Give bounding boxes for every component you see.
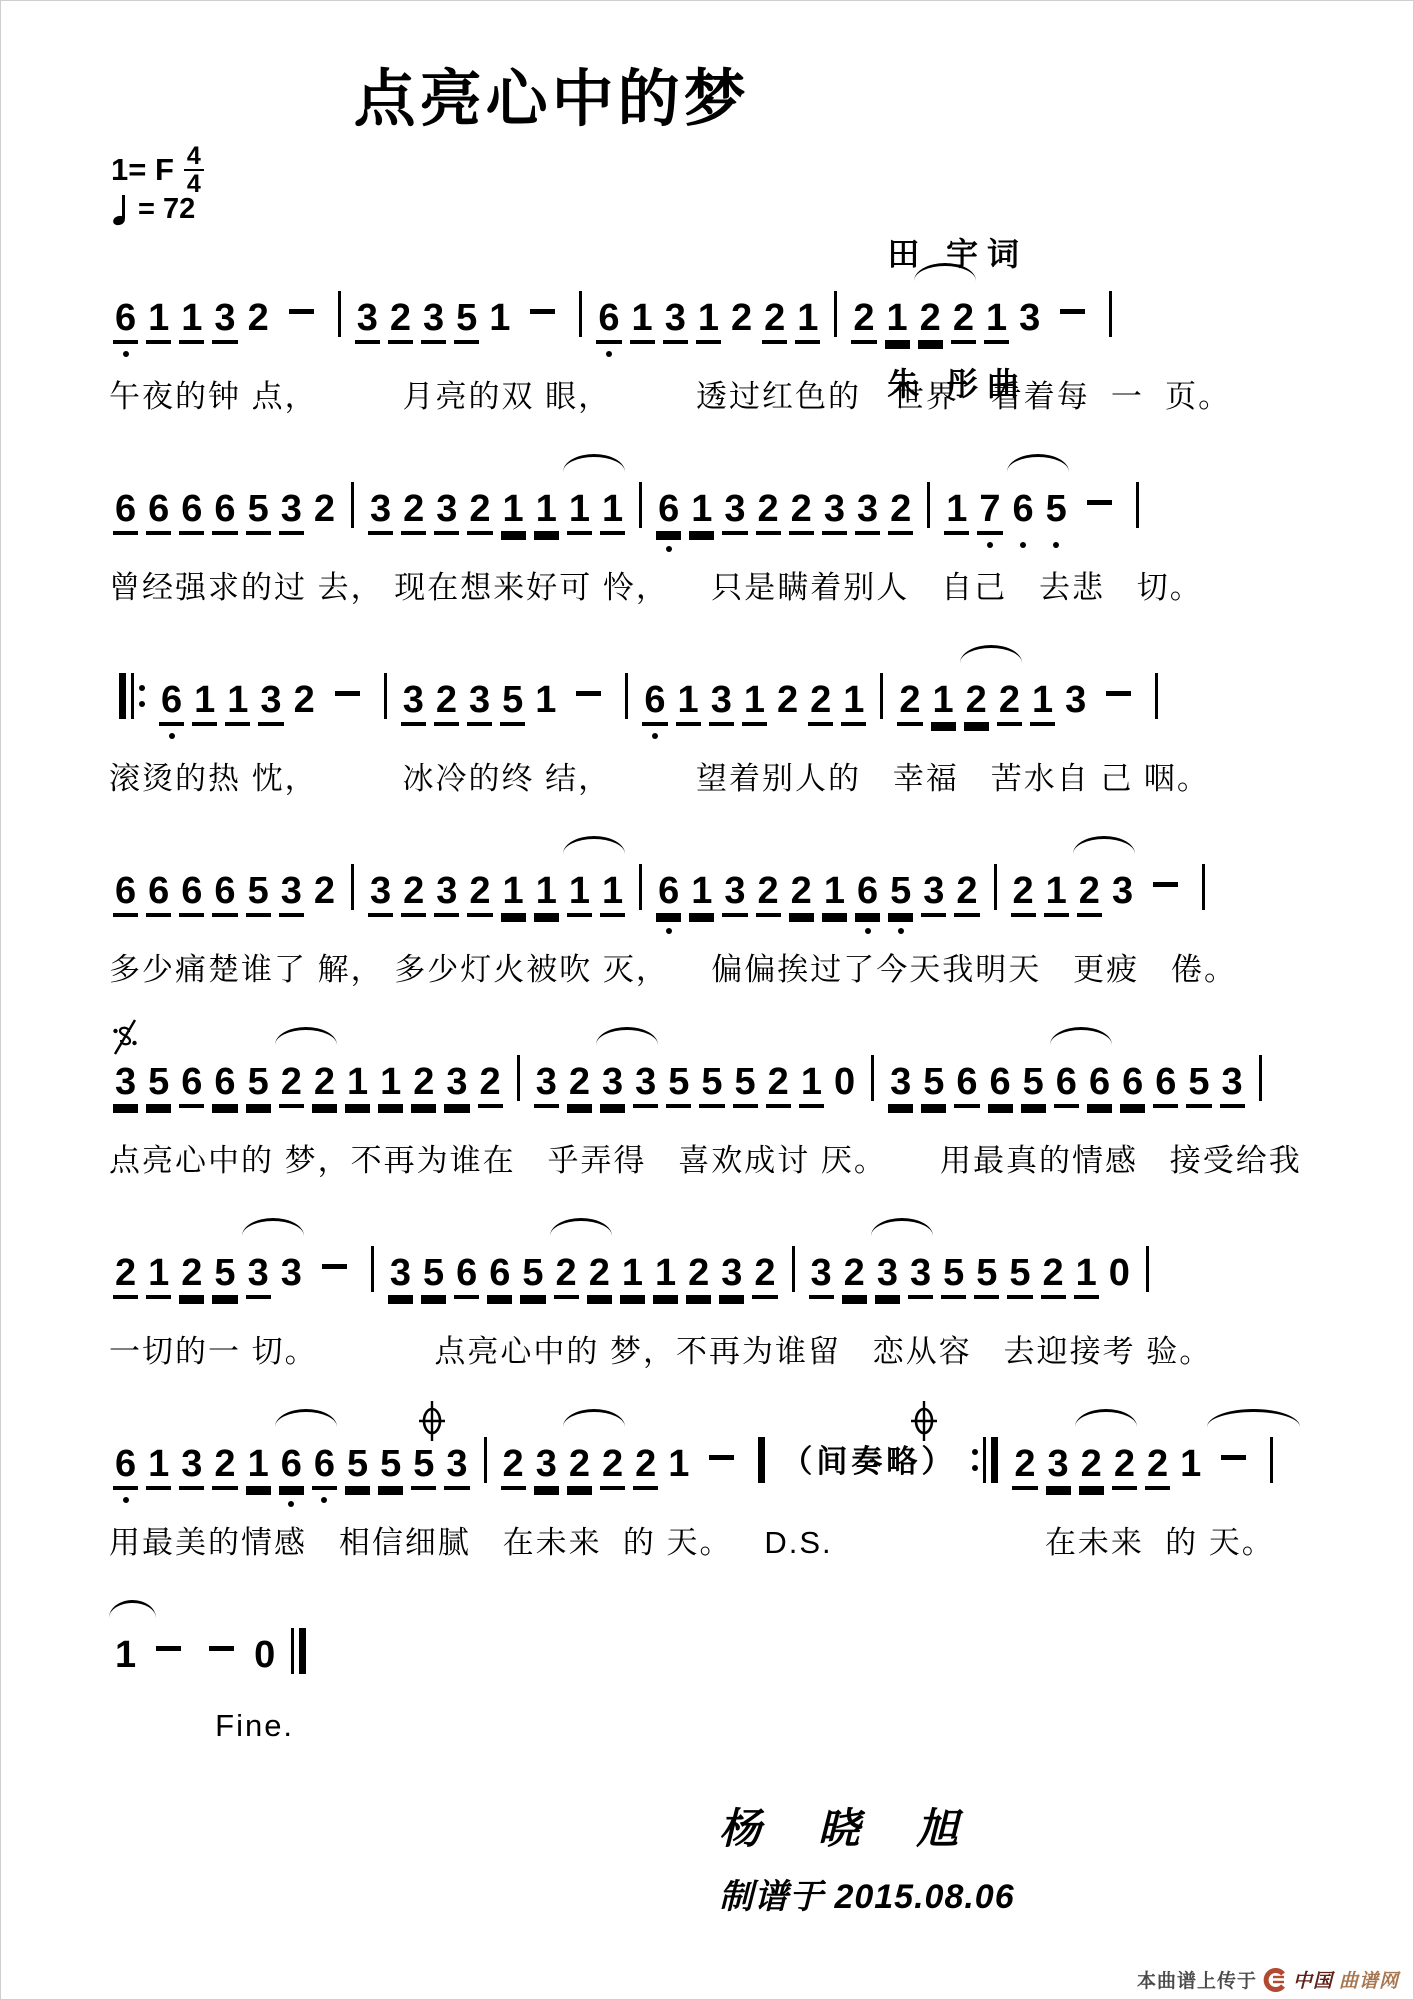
barline-thick — [758, 1437, 765, 1483]
barline-thick — [299, 1628, 306, 1674]
time-numerator: 4 — [184, 143, 204, 171]
note: 3 — [368, 872, 393, 913]
barline — [625, 673, 628, 719]
watermark-site-light: 曲谱网 — [1339, 1966, 1399, 1993]
note: 3 — [1110, 872, 1135, 913]
note: 5 — [1186, 1063, 1211, 1104]
barline-thin — [1202, 864, 1205, 910]
note: 5 — [666, 1063, 691, 1104]
note: 5 — [921, 1063, 946, 1104]
note: 1 — [501, 872, 526, 913]
repeat-dot — [972, 1449, 978, 1455]
note: 1 — [600, 490, 625, 531]
note: 1 — [378, 1063, 403, 1104]
note: 6 — [146, 490, 171, 531]
lyrics-line: 点亮心中的 梦，不再为谁在 乎弄得 喜欢成讨 厌。 用最真的情感 接受给我 — [109, 1135, 1209, 1180]
note: 3 — [875, 1254, 900, 1295]
tie-arc — [563, 836, 625, 854]
barline — [972, 1437, 998, 1483]
note: 2 — [729, 299, 754, 340]
duration-dash — [1060, 309, 1085, 314]
duration-dash — [209, 1646, 234, 1651]
note: 6 — [179, 1063, 204, 1104]
note: 2 — [1011, 872, 1036, 913]
barline-thin — [131, 673, 134, 719]
barline-thin — [517, 1055, 520, 1101]
barline — [338, 291, 341, 337]
note: 1 — [534, 872, 559, 913]
tie-arc — [550, 1218, 612, 1236]
note: 1 — [944, 490, 969, 531]
barline — [927, 482, 930, 528]
note: 1 — [689, 490, 714, 531]
notation-line: 61132323516131221212213 — [109, 633, 1209, 737]
note: 5 — [520, 1254, 545, 1295]
note: 2 — [600, 1445, 625, 1486]
note: 3 — [355, 299, 380, 340]
watermark-site-dark: 中国 — [1293, 1966, 1333, 1993]
lyrics-line: 滚烫的热 忱， 冰冷的终 结， 望着别人的 幸福 苦水自 己 咽。 — [109, 753, 1209, 798]
barline — [484, 1437, 487, 1483]
notation-system: 10 Fine. — [109, 1588, 1209, 1779]
duration-dash — [322, 1264, 347, 1269]
lyrics-line: 用最美的情感 相信细腻 在未来 的 天。 D.S. 在未来 的 天。 — [109, 1517, 1209, 1562]
note: 1 — [841, 681, 866, 722]
repeat-dots — [139, 685, 145, 707]
note: 2 — [1112, 1445, 1137, 1486]
note: 1 — [630, 299, 655, 340]
note: 1 — [1044, 872, 1069, 913]
barline — [871, 1055, 874, 1101]
barline-thick — [119, 673, 126, 719]
note: 1 — [1178, 1445, 1203, 1486]
note: 0 — [252, 1636, 277, 1677]
note: 2 — [478, 1063, 503, 1104]
note: 1 — [113, 1636, 138, 1677]
note: 2 — [292, 681, 317, 722]
notation-system: 356652211232323355521035665666653点亮心中的 梦… — [109, 1015, 1209, 1206]
note: 2 — [1145, 1445, 1170, 1486]
note: 1 — [822, 872, 847, 913]
note: 6 — [855, 872, 880, 913]
note: 5 — [500, 681, 525, 722]
note: 3 — [279, 490, 304, 531]
note: 3 — [1046, 1445, 1071, 1486]
note: 6 — [642, 681, 667, 722]
repeat-dot — [139, 701, 145, 707]
tie-arc — [871, 1218, 933, 1236]
note: 3 — [908, 1254, 933, 1295]
note: 1 — [1030, 681, 1055, 722]
note: 1 — [689, 872, 714, 913]
note: 2 — [766, 1063, 791, 1104]
barline — [639, 482, 642, 528]
note: 2 — [501, 1445, 526, 1486]
notation-system: 66665323232111161322165322123多少痛楚谁了 解， 多… — [109, 824, 1209, 1015]
lyrics-line: 一切的一 切。 点亮心中的 梦，不再为谁留 恋从容 去迎接考 验。 — [109, 1326, 1209, 1371]
note: 3 — [421, 299, 446, 340]
note: 2 — [467, 872, 492, 913]
lyrics-line: Fine. — [109, 1708, 1209, 1744]
note: 2 — [279, 1063, 304, 1104]
note: 6 — [113, 1445, 138, 1486]
barline — [1155, 673, 1158, 719]
lyrics-line: 午夜的钟 点， 月亮的双 眼， 透过红色的 世界 看着每 一 页。 — [109, 371, 1209, 416]
barline — [1109, 291, 1112, 337]
duration-dash — [156, 1646, 181, 1651]
note: 5 — [411, 1445, 436, 1486]
barline-thin — [927, 482, 930, 528]
note: 6 — [988, 1063, 1013, 1104]
note: 6 — [656, 490, 681, 531]
note: 6 — [954, 1063, 979, 1104]
barline-thin — [1155, 673, 1158, 719]
note: 5 — [1007, 1254, 1032, 1295]
note: 1 — [742, 681, 767, 722]
note: 5 — [421, 1254, 446, 1295]
note: 3 — [663, 299, 688, 340]
barline — [639, 864, 642, 910]
note: 1 — [666, 1445, 691, 1486]
note: 5 — [146, 1063, 171, 1104]
barline-thick — [991, 1437, 998, 1483]
note: 5 — [454, 299, 479, 340]
note: 2 — [567, 1063, 592, 1104]
note: 2 — [587, 1254, 612, 1295]
tie-arc — [1073, 836, 1135, 854]
note: 2 — [762, 299, 787, 340]
note: 3 — [534, 1063, 559, 1104]
time-signature: 4 4 — [184, 143, 204, 198]
note: 2 — [888, 490, 913, 531]
note: 5 — [246, 490, 271, 531]
note: 3 — [467, 681, 492, 722]
tie-arc — [563, 454, 625, 472]
tie-arc — [1207, 1409, 1300, 1427]
note: 2 — [434, 681, 459, 722]
tempo-marking: = 72 — [113, 193, 195, 226]
barline-thin — [351, 864, 354, 910]
tie-arc — [275, 1027, 337, 1045]
note: 3 — [279, 872, 304, 913]
note: 1 — [345, 1063, 370, 1104]
note: 2 — [401, 490, 426, 531]
duration-dash — [1087, 500, 1112, 505]
barline — [579, 291, 582, 337]
key-label: 1= F — [111, 152, 174, 188]
note: 6 — [146, 872, 171, 913]
note: 2 — [554, 1254, 579, 1295]
note: 3 — [921, 872, 946, 913]
note: 3 — [279, 1254, 304, 1295]
key-signature: 1= F 4 4 — [111, 143, 204, 198]
note: 1 — [653, 1254, 678, 1295]
note: 2 — [113, 1254, 138, 1295]
tie-arc — [1007, 454, 1069, 472]
note: 3 — [212, 299, 237, 340]
barline-thin — [1146, 1246, 1149, 1292]
notation-line: 356652211232323355521035665666653 — [109, 1015, 1209, 1119]
notation-line: 666653232321111613223321765 — [109, 442, 1209, 546]
note: 2 — [411, 1063, 436, 1104]
note: 6 — [212, 872, 237, 913]
note: 5 — [378, 1445, 403, 1486]
note: 3 — [388, 1254, 413, 1295]
note: 1 — [795, 299, 820, 340]
note: 2 — [312, 872, 337, 913]
notation-line: 61132323516131221212213 — [109, 251, 1209, 355]
arranger-name: 杨 晓 旭 — [719, 1796, 960, 1856]
note: 2 — [179, 1254, 204, 1295]
tie-arc — [242, 1218, 304, 1236]
note: 3 — [822, 490, 847, 531]
barline-thin — [484, 1437, 487, 1483]
note: 5 — [888, 872, 913, 913]
note: 2 — [756, 872, 781, 913]
note: 6 — [656, 872, 681, 913]
note: 2 — [1041, 1254, 1066, 1295]
duration-dash — [1221, 1455, 1246, 1460]
note: 3 — [258, 681, 283, 722]
note: 6 — [179, 872, 204, 913]
note: 6 — [212, 1063, 237, 1104]
note: 6 — [113, 299, 138, 340]
note: 3 — [855, 490, 880, 531]
note: 2 — [1079, 1445, 1104, 1486]
duration-dash — [709, 1455, 734, 1460]
barline-thin — [639, 482, 642, 528]
note: 5 — [1044, 490, 1069, 531]
repeat-dot — [139, 685, 145, 691]
barline-thin — [639, 864, 642, 910]
note: 6 — [279, 1445, 304, 1486]
note: 1 — [192, 681, 217, 722]
note: 1 — [146, 1445, 171, 1486]
note: 6 — [179, 490, 204, 531]
notation-line: 61321665553232221（间奏略）232221 — [109, 1397, 1209, 1501]
note: 3 — [888, 1063, 913, 1104]
barline — [1202, 864, 1205, 910]
barline-thin — [625, 673, 628, 719]
tie-arc — [1075, 1409, 1137, 1427]
note: 1 — [676, 681, 701, 722]
note: 3 — [1063, 681, 1088, 722]
note: 3 — [368, 490, 393, 531]
note: 3 — [709, 681, 734, 722]
note: 5 — [733, 1063, 758, 1104]
note: 2 — [789, 872, 814, 913]
barline — [880, 673, 883, 719]
note: 6 — [159, 681, 184, 722]
note: 3 — [444, 1063, 469, 1104]
note: 1 — [246, 1445, 271, 1486]
notation-line: 66665323232111161322165322123 — [109, 824, 1209, 928]
barline — [351, 864, 354, 910]
note: 1 — [534, 490, 559, 531]
note: 2 — [633, 1445, 658, 1486]
note: 3 — [809, 1254, 834, 1295]
note: 3 — [434, 872, 459, 913]
barline — [1146, 1246, 1149, 1292]
note: 6 — [1153, 1063, 1178, 1104]
note: 3 — [434, 490, 459, 531]
note: 3 — [719, 1254, 744, 1295]
watermark: 本曲谱上传于 中国曲谱网 — [1137, 1966, 1399, 1993]
note: 6 — [596, 299, 621, 340]
notation-systems: 61132323516131221212213午夜的钟 点， 月亮的双 眼， 透… — [109, 251, 1209, 1779]
duration-dash — [576, 691, 601, 696]
barline — [517, 1055, 520, 1101]
duration-dash — [335, 691, 360, 696]
barline-thin — [351, 482, 354, 528]
note: 1 — [1074, 1254, 1099, 1295]
notation-system: 666653232321111613223321765曾经强求的过 去， 现在想… — [109, 442, 1209, 633]
duration-dash — [530, 309, 555, 314]
barline-thin — [579, 291, 582, 337]
note: 2 — [467, 490, 492, 531]
barline-thin — [792, 1246, 795, 1292]
watermark-text: 本曲谱上传于 — [1137, 1966, 1257, 1993]
note: 3 — [534, 1445, 559, 1486]
note: 1 — [931, 681, 956, 722]
note: 1 — [179, 299, 204, 340]
note: 6 — [1011, 490, 1036, 531]
barline — [351, 482, 354, 528]
note: 5 — [699, 1063, 724, 1104]
note: 5 — [246, 872, 271, 913]
barline — [384, 673, 387, 719]
barline-thin — [1136, 482, 1139, 528]
repeat-dots — [972, 1449, 978, 1471]
note: 2 — [1012, 1445, 1037, 1486]
barline-thin — [871, 1055, 874, 1101]
inline-text: （间奏略） — [781, 1439, 956, 1485]
note: 6 — [212, 490, 237, 531]
note: 2 — [897, 681, 922, 722]
note: 7 — [977, 490, 1002, 531]
note: 1 — [799, 1063, 824, 1104]
note: 6 — [454, 1254, 479, 1295]
segno-icon — [111, 1017, 139, 1062]
sheet-music-page: 点亮心中的梦 1= F 4 4 = 72 田 宇 词 朱 彤 曲 6113232… — [0, 0, 1414, 2000]
note: 6 — [487, 1254, 512, 1295]
note: 6 — [113, 490, 138, 531]
barline — [758, 1437, 765, 1483]
note: 2 — [808, 681, 833, 722]
note: 6 — [312, 1445, 337, 1486]
repeat-dot — [972, 1465, 978, 1471]
note: 5 — [1021, 1063, 1046, 1104]
note: 2 — [954, 872, 979, 913]
note: 3 — [444, 1445, 469, 1486]
barline — [834, 291, 837, 337]
note: 2 — [212, 1445, 237, 1486]
notation-system: 61132323516131221212213滚烫的热 忱， 冰冷的终 结， 望… — [109, 633, 1209, 824]
tie-arc — [596, 1027, 658, 1045]
note: 3 — [246, 1254, 271, 1295]
tie-arc — [960, 645, 1022, 663]
note: 1 — [620, 1254, 645, 1295]
barline — [1136, 482, 1139, 528]
lyrics-line: 多少痛楚谁了 解， 多少灯火被吹 灭， 偏偏挨过了今天我明天 更疲 倦。 — [109, 944, 1209, 989]
barline-thin — [880, 673, 883, 719]
note: 3 — [113, 1063, 138, 1104]
note: 2 — [918, 299, 943, 340]
note: 3 — [401, 681, 426, 722]
note: 5 — [212, 1254, 237, 1295]
note: 3 — [600, 1063, 625, 1104]
note: 1 — [600, 872, 625, 913]
note: 2 — [686, 1254, 711, 1295]
barline-thin — [834, 291, 837, 337]
engraving-date: 制谱于 2015.08.06 — [719, 1869, 1015, 1918]
barline — [291, 1628, 306, 1674]
note: 2 — [851, 299, 876, 340]
tie-arc — [563, 1409, 625, 1427]
note: 2 — [401, 872, 426, 913]
note: 2 — [752, 1254, 777, 1295]
tie-arc — [275, 1409, 337, 1427]
note: 1 — [567, 872, 592, 913]
note: 2 — [388, 299, 413, 340]
tie-arc — [1050, 1027, 1112, 1045]
notation-system: 61132323516131221212213午夜的钟 点， 月亮的双 眼， 透… — [109, 251, 1209, 442]
note: 6 — [1054, 1063, 1079, 1104]
note: 2 — [789, 490, 814, 531]
barline — [119, 673, 145, 719]
note: 2 — [997, 681, 1022, 722]
note: 2 — [951, 299, 976, 340]
note: 2 — [756, 490, 781, 531]
note: 6 — [113, 872, 138, 913]
coda-icon — [417, 1399, 447, 1448]
note: 2 — [567, 1445, 592, 1486]
note: 5 — [345, 1445, 370, 1486]
note: 5 — [941, 1254, 966, 1295]
note: 2 — [775, 681, 800, 722]
note: 1 — [984, 299, 1009, 340]
barline-thin — [384, 673, 387, 719]
tie-arc — [109, 1600, 156, 1618]
note: 2 — [312, 490, 337, 531]
note: 1 — [533, 681, 558, 722]
qupu-logo-icon — [1263, 1968, 1287, 1992]
note: 2 — [964, 681, 989, 722]
duration-dash — [1153, 882, 1178, 887]
note: 2 — [1077, 872, 1102, 913]
notation-line: 10 — [109, 1588, 1209, 1692]
note: 3 — [1017, 299, 1042, 340]
note: 5 — [974, 1254, 999, 1295]
tie-arc — [914, 263, 976, 281]
barline — [371, 1246, 374, 1292]
barline — [792, 1246, 795, 1292]
note: 2 — [246, 299, 271, 340]
note: 1 — [696, 299, 721, 340]
note: 3 — [1220, 1063, 1245, 1104]
duration-dash — [1106, 691, 1131, 696]
note: 2 — [842, 1254, 867, 1295]
barline — [994, 864, 997, 910]
note: 0 — [832, 1063, 857, 1104]
note: 6 — [1120, 1063, 1145, 1104]
note: 3 — [722, 490, 747, 531]
barline-thin — [338, 291, 341, 337]
song-title: 点亮心中的梦 — [1, 49, 1102, 138]
barline-thin — [994, 864, 997, 910]
tempo-value: = 72 — [138, 193, 195, 226]
note: 1 — [146, 1254, 171, 1295]
